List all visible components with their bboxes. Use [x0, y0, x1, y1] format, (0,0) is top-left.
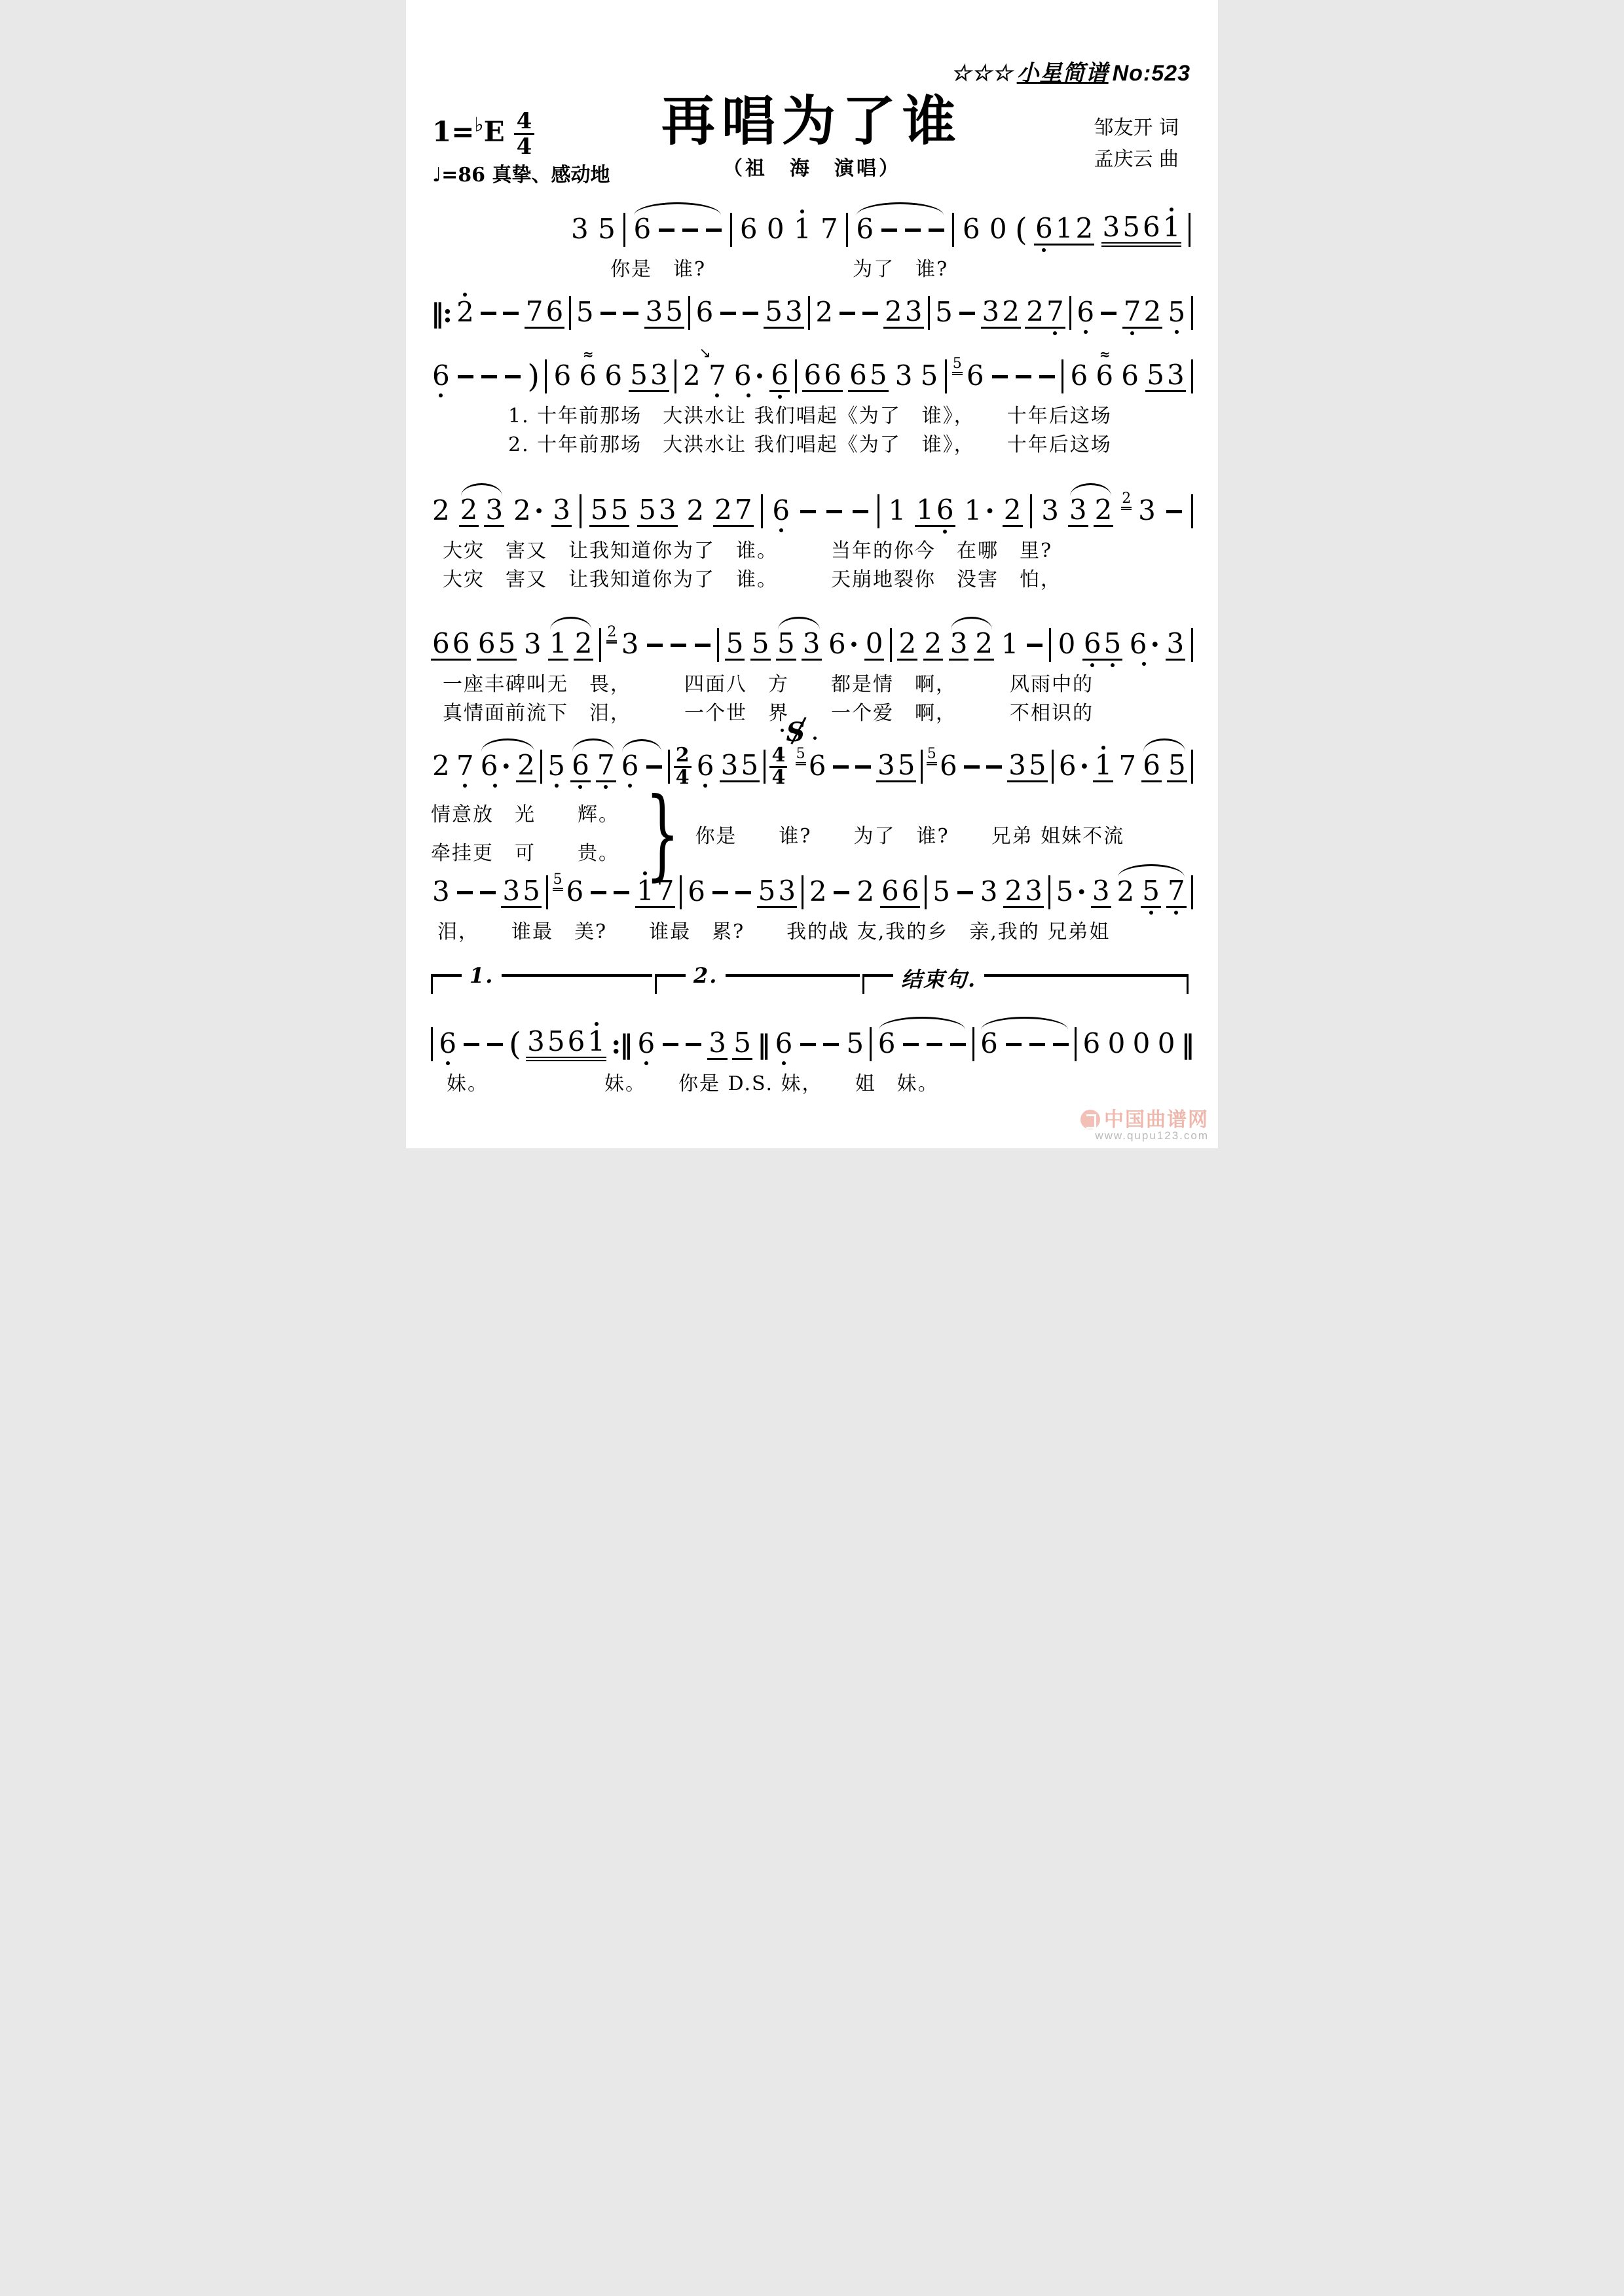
note: 3 — [894, 362, 914, 391]
beam-group: 23 — [1003, 877, 1043, 908]
note-number: 7 — [733, 496, 754, 527]
low-octave-dot — [782, 1061, 786, 1065]
note: 3 — [981, 298, 1001, 329]
slide-down-icon: ↘ — [699, 346, 710, 361]
note-number: 6 — [802, 361, 822, 392]
note: 2 — [606, 625, 617, 644]
low-octave-dot — [628, 784, 632, 788]
note-number: 5 — [1145, 361, 1166, 392]
beam-group: 23 — [883, 298, 923, 329]
key-prefix: 1= — [432, 116, 474, 148]
barline — [1191, 628, 1193, 662]
key-note: E — [484, 116, 505, 148]
note: 6 — [437, 1030, 458, 1059]
note: 5 — [1121, 213, 1141, 247]
note-number: 6 — [578, 362, 598, 391]
barline — [925, 875, 927, 909]
notation-system: 3566017660(6123561你是 谁? 为了 谁? — [570, 189, 1190, 284]
note-number: 5 — [931, 878, 951, 907]
tie-group: 32 — [949, 630, 994, 661]
note-number: 7 — [819, 215, 840, 244]
note: 2 — [1116, 878, 1136, 907]
duration-dash — [623, 312, 638, 315]
note: 7 — [1166, 877, 1187, 908]
note: 2 — [1094, 496, 1114, 527]
beam-group: 66 — [431, 630, 471, 661]
beam-group: 3561 — [526, 1028, 606, 1061]
notes-row: 276·256762463544S563556356·1765 — [431, 725, 1193, 792]
note: 3 — [979, 878, 999, 907]
lyrics-line: 情意放 光 辉。 — [431, 801, 619, 829]
note: 1 — [887, 497, 908, 526]
lyrics-line: 大灾 害又 让我知道你为了 谁。 当年的你今 在哪 里? — [431, 537, 1193, 566]
note-number: 6 — [1034, 215, 1054, 246]
duration-dash — [614, 891, 629, 894]
barline — [870, 1027, 872, 1061]
duration-dash — [487, 1043, 503, 1046]
note: 0 — [1057, 630, 1077, 659]
duration-dash — [686, 1043, 701, 1046]
note: 3 — [1024, 877, 1044, 908]
tie-group: 23 — [459, 496, 504, 527]
note-number: 6 — [477, 630, 497, 661]
note: 6 — [451, 630, 471, 661]
duration-dash — [720, 312, 736, 315]
duration-dash — [682, 228, 698, 232]
low-octave-dot — [1174, 911, 1178, 915]
barline — [1030, 494, 1032, 528]
note-number: 2 — [808, 878, 828, 907]
note: 0 — [1156, 1030, 1177, 1059]
note: 2 — [459, 496, 479, 527]
note: 3 — [501, 877, 521, 908]
note: 7 — [1045, 298, 1065, 329]
note: 2 — [1003, 496, 1023, 527]
note-number: 7 — [1122, 298, 1143, 329]
watermark-site-name: 中国曲谱网 — [1104, 1110, 1209, 1131]
notes-row: 6(3561:‖635‖65666000‖ — [431, 1003, 1193, 1070]
note: 0 — [864, 630, 885, 661]
note: 5 — [1167, 299, 1187, 327]
note-number: 5 — [927, 747, 937, 765]
note-number: 7 — [655, 877, 676, 908]
augmentation-dot: · — [847, 631, 859, 659]
duration-dash — [481, 375, 497, 378]
note: 2↘ — [682, 362, 702, 391]
note: 6 — [880, 877, 900, 908]
barline — [674, 359, 676, 393]
high-octave-dot — [643, 871, 647, 875]
duration-dash — [853, 510, 868, 513]
note: 3 — [777, 877, 797, 908]
ts-top: 2 — [674, 746, 692, 766]
note-number: 5 — [589, 496, 610, 527]
duration-dash — [927, 1043, 942, 1046]
note-number: 6 — [431, 630, 451, 661]
note-number: 3 — [802, 630, 822, 661]
grace-note: 5 — [796, 747, 806, 765]
note-number: 3 — [657, 496, 678, 527]
beam-group: 35 — [501, 877, 541, 908]
note: 5 — [629, 361, 649, 392]
note: 7 — [819, 215, 840, 244]
notation-system: 2232·3555322761161·233223大灾 害又 让我知道你为了 谁… — [431, 470, 1193, 594]
note-number: 5 — [521, 877, 542, 908]
note: 3 — [649, 361, 669, 392]
tempo-value: =86 — [441, 164, 485, 187]
note-number: 5 — [597, 215, 617, 244]
note: 1· — [963, 497, 995, 526]
beam-group: 27 — [1025, 298, 1065, 329]
note-number: 1 — [586, 1028, 606, 1061]
note: 7 — [655, 877, 676, 908]
expression-text: 真挚、感动地 — [492, 164, 610, 187]
note-number: 1 — [887, 497, 908, 526]
barline — [545, 359, 547, 393]
barline — [808, 296, 810, 330]
barline — [795, 359, 797, 393]
note-number: 5 — [934, 299, 954, 327]
note: 2 — [1121, 492, 1132, 510]
note-number: 5 — [776, 630, 796, 661]
low-octave-dot — [1090, 663, 1094, 667]
beam-group: 66 — [802, 361, 842, 392]
note-number: 3 — [644, 298, 665, 329]
tie-group: 6 — [877, 1030, 968, 1059]
note-number: 5 — [952, 357, 963, 375]
note-number: 6 — [544, 298, 564, 329]
duration-dash — [712, 891, 728, 894]
note-number: 3 — [707, 1029, 728, 1060]
note: 5 — [757, 877, 777, 908]
note-number: 5 — [796, 747, 806, 765]
notation-system: ‖:276535653223532276725 — [431, 272, 1193, 338]
note-number: 3 — [979, 878, 999, 907]
note: 6 — [1069, 362, 1089, 391]
note-number: 7 — [525, 298, 545, 329]
note: 3 — [644, 298, 665, 329]
note-number: 7 — [707, 362, 728, 391]
note-number: 7 — [1045, 298, 1065, 329]
note-number: 6 — [877, 1030, 897, 1059]
notes-row: 2232·3555322761161·233223 — [431, 470, 1193, 537]
barline — [890, 628, 892, 662]
note: 6 — [603, 362, 623, 391]
note: 2 — [1003, 877, 1024, 908]
note: 6· — [1128, 630, 1160, 659]
note-number: 6 — [822, 361, 843, 392]
note: 6 — [1141, 752, 1162, 782]
note: 5 — [796, 747, 806, 765]
augmentation-dot: · — [500, 753, 511, 780]
note-number: 6 — [431, 362, 451, 391]
note-number: 2 — [1003, 877, 1024, 908]
note-number: 6 — [686, 878, 707, 907]
beam-group: 53 — [637, 496, 677, 527]
beam-group: 16 — [915, 496, 955, 527]
note: 3 — [1068, 496, 1088, 527]
tie-group: 53 — [776, 630, 821, 661]
duration-dash — [881, 228, 897, 232]
note-number: 1 — [1000, 630, 1020, 659]
note-number: 6 — [451, 630, 471, 661]
note: 5 — [546, 1028, 566, 1061]
note-number: 1 — [1054, 215, 1075, 246]
note: 5 — [1167, 752, 1187, 782]
note: 6 — [822, 361, 843, 392]
note-number: 5 — [1167, 299, 1187, 327]
notes-row: 3566017660(6123561 — [570, 189, 1190, 255]
note-number: 1 — [635, 877, 655, 908]
barline — [1191, 750, 1193, 784]
note-number: 0 — [1156, 1030, 1177, 1059]
duration-dash — [929, 228, 944, 232]
low-octave-dot — [463, 784, 467, 788]
volta-label: 2. — [686, 963, 726, 988]
beam-group: 32 — [981, 298, 1021, 329]
sheet-music-page: ☆☆☆小星简谱No:523 再唱为了谁 （祖 海 演唱） 1=♭E44 ♩=86… — [406, 0, 1218, 1148]
note-number: 1 — [915, 496, 935, 527]
barline — [1191, 494, 1193, 528]
barline — [680, 875, 682, 909]
note-number: 2 — [682, 362, 702, 391]
note-number: 3 — [1040, 497, 1060, 526]
duration-dash — [1101, 312, 1116, 315]
note-number: 3 — [894, 362, 914, 391]
note: 1 — [915, 496, 935, 527]
barline — [764, 750, 766, 784]
note: 3 — [876, 752, 896, 782]
note-number: 7 — [455, 752, 475, 781]
note-number: 6 — [900, 877, 921, 908]
note: 0 — [766, 215, 786, 244]
note-number: 2 — [1142, 298, 1162, 329]
tie-group: 12 — [548, 630, 593, 661]
note: 5 — [732, 1029, 752, 1060]
note: 5 — [1141, 877, 1161, 908]
low-octave-dot — [778, 395, 782, 399]
note-number: 3 — [1137, 497, 1157, 526]
lyrics-line: 大灾 害又 让我知道你为了 谁。 天崩地裂你 没害 怕， — [431, 566, 1193, 594]
note-number: 5 — [546, 752, 566, 781]
parenthesis: ) — [527, 358, 540, 395]
note: 2 — [574, 630, 594, 661]
beam-group: 35 — [720, 752, 760, 782]
duration-dash — [986, 765, 1002, 769]
note-number: 2 — [883, 298, 904, 329]
note-number: 2 — [1116, 878, 1136, 907]
note-number: 2 — [897, 630, 917, 661]
low-octave-dot — [1111, 663, 1115, 667]
augmentation-dot: · — [1078, 753, 1090, 780]
low-octave-dot — [1149, 911, 1153, 915]
augmentation-dot: · — [753, 363, 765, 390]
note-number: 6 — [632, 215, 652, 244]
note-number: 3 — [551, 496, 572, 527]
duration-dash — [457, 891, 473, 894]
note-number: 5 — [764, 298, 784, 329]
note: 5 — [1145, 361, 1166, 392]
note-number: 0 — [1132, 1030, 1152, 1059]
low-octave-dot — [1175, 330, 1179, 334]
beam-group: 53 — [1145, 361, 1185, 392]
note: 5 — [952, 357, 963, 375]
note: 5 — [868, 361, 889, 392]
duration-dash — [663, 1043, 678, 1046]
note: 5 — [589, 496, 610, 527]
note-number: 6 — [827, 630, 847, 659]
duration-dash — [481, 312, 496, 315]
notation-system: 6)66≈6532↘76·66665355666≈6531. 十年前那场 大洪水… — [431, 335, 1193, 459]
note-number: 6 — [769, 361, 790, 392]
beam-group: 17 — [635, 877, 675, 908]
tie-group: 6 — [632, 215, 723, 244]
note-number: 5 — [868, 361, 889, 392]
tie-group: 257 — [1116, 877, 1187, 908]
barline — [623, 213, 625, 247]
high-octave-dot — [800, 210, 804, 213]
note: 6 — [802, 361, 822, 392]
note-number: 2 — [455, 299, 475, 327]
note: 6 — [570, 752, 591, 782]
note-number: 3 — [484, 496, 504, 527]
barline — [1069, 296, 1071, 330]
duration-dash — [992, 375, 1008, 378]
duration-dash — [503, 312, 519, 315]
time-signature-change: 44 — [769, 746, 787, 787]
low-octave-dot — [493, 784, 497, 788]
note: 3 — [657, 496, 678, 527]
note-number: 6 — [565, 878, 585, 907]
duration-dash — [1027, 644, 1043, 647]
note: 7 — [1117, 752, 1137, 781]
note: 6 — [620, 752, 640, 781]
note-number: 6 — [807, 752, 828, 781]
note-number: 2 — [512, 497, 532, 526]
note: 6· — [1058, 752, 1089, 781]
tie-group: 65 — [1141, 752, 1187, 782]
note-number: 6 — [695, 752, 716, 781]
composer: 孟庆云 曲 — [1094, 148, 1179, 171]
low-octave-dot — [943, 530, 947, 534]
note: 2 — [455, 299, 475, 327]
note-number: 6 — [1075, 299, 1096, 327]
note-number: 2 — [1001, 298, 1021, 329]
note: 6 — [1075, 299, 1096, 327]
segno-dot — [813, 737, 817, 740]
duration-dash — [826, 510, 842, 513]
note: 7 — [596, 752, 616, 782]
note-number: 6 — [1094, 362, 1115, 391]
notes-row: 3355617653226653235·3257 — [431, 851, 1193, 918]
note: 5 — [776, 630, 796, 661]
note: 6 — [632, 215, 652, 244]
note-number: 6 — [774, 1030, 794, 1059]
watermark-site-url: www.qupu123.com — [1080, 1130, 1209, 1142]
note: 2 — [1142, 298, 1162, 329]
lyrics-line: 1. 十年前那场 大洪水让 我们唱起《为了 谁》， 十年后这场 — [431, 402, 1193, 431]
duration-dash — [1166, 510, 1182, 513]
lyrics-line: 真情面前流下 泪， 一个世 界 一个爱 啊， 不相识的 — [431, 699, 1193, 728]
low-octave-dot — [439, 393, 443, 397]
barline — [846, 213, 848, 247]
barline — [928, 296, 930, 330]
barline — [1049, 628, 1051, 662]
lyricist: 邹友开 词 — [1094, 117, 1179, 139]
repeat-start: ‖: — [431, 298, 451, 329]
duration-dash — [706, 228, 722, 232]
note-number: 6 — [739, 215, 759, 244]
note: 6· — [827, 630, 858, 659]
note-number: 5 — [1027, 752, 1048, 782]
low-octave-dot — [578, 785, 582, 789]
low-octave-dot — [1130, 331, 1134, 335]
beam-group: 35 — [644, 298, 684, 329]
barline — [802, 875, 803, 909]
lyrics-line: 一座丰碑叫无 畏， 四面八 方 都是情 啊， 风雨中的 — [431, 670, 1193, 699]
note-number: 2 — [923, 630, 944, 661]
beam-group: 3561 — [1101, 213, 1182, 247]
note: 6· — [733, 362, 764, 391]
duration-dash — [823, 1043, 839, 1046]
note: 6 — [848, 361, 868, 392]
note-number: 6 — [1141, 752, 1162, 782]
note-number: 1 — [1093, 752, 1113, 782]
note: 2 — [431, 752, 451, 781]
note-number: 5 — [1055, 878, 1075, 907]
lyrics-line: 你是 谁? 为了 谁? 兄弟 姐妹不流 — [695, 820, 1124, 848]
barline — [877, 494, 879, 528]
note-number: 2 — [431, 752, 451, 781]
note: 1 — [1000, 630, 1020, 659]
note: 5 — [1027, 752, 1048, 782]
duration-dash — [834, 891, 849, 894]
low-octave-dot — [555, 784, 559, 788]
note: 6 — [1120, 362, 1140, 391]
note-number: 3 — [876, 752, 896, 782]
note-number: 6 — [1069, 362, 1089, 391]
note: 5 — [764, 298, 784, 329]
note: 6 — [477, 630, 497, 661]
note-number: 0 — [1107, 1030, 1127, 1059]
note-number: 3 — [526, 1028, 546, 1061]
duration-dash — [959, 312, 975, 315]
parenthesis: ( — [1015, 211, 1027, 248]
note-number: 6 — [961, 215, 982, 244]
beam-group: 53 — [757, 877, 797, 908]
note-number: 1 — [963, 497, 984, 526]
duration-dash — [600, 312, 616, 315]
high-octave-dot — [463, 293, 467, 297]
high-octave-dot — [595, 1022, 599, 1026]
note-number: 5 — [725, 630, 745, 661]
note: 0 — [1107, 1030, 1127, 1059]
note: 1 — [1054, 215, 1075, 246]
note: 1 — [635, 877, 655, 908]
note-number: 6 — [479, 752, 500, 781]
note-number: 2 — [431, 497, 451, 526]
note-number: 3 — [1007, 752, 1027, 782]
note: 3 — [949, 630, 969, 661]
note: 3 — [1166, 361, 1186, 392]
note: 6 — [686, 878, 707, 907]
note-number: 5 — [1167, 752, 1187, 782]
duration-dash — [1006, 1043, 1022, 1046]
note: 5 — [575, 299, 595, 327]
note: 6 — [695, 752, 716, 781]
tempo-line: ♩=86 真挚、感动地 — [432, 158, 610, 187]
duration-dash — [800, 510, 816, 513]
